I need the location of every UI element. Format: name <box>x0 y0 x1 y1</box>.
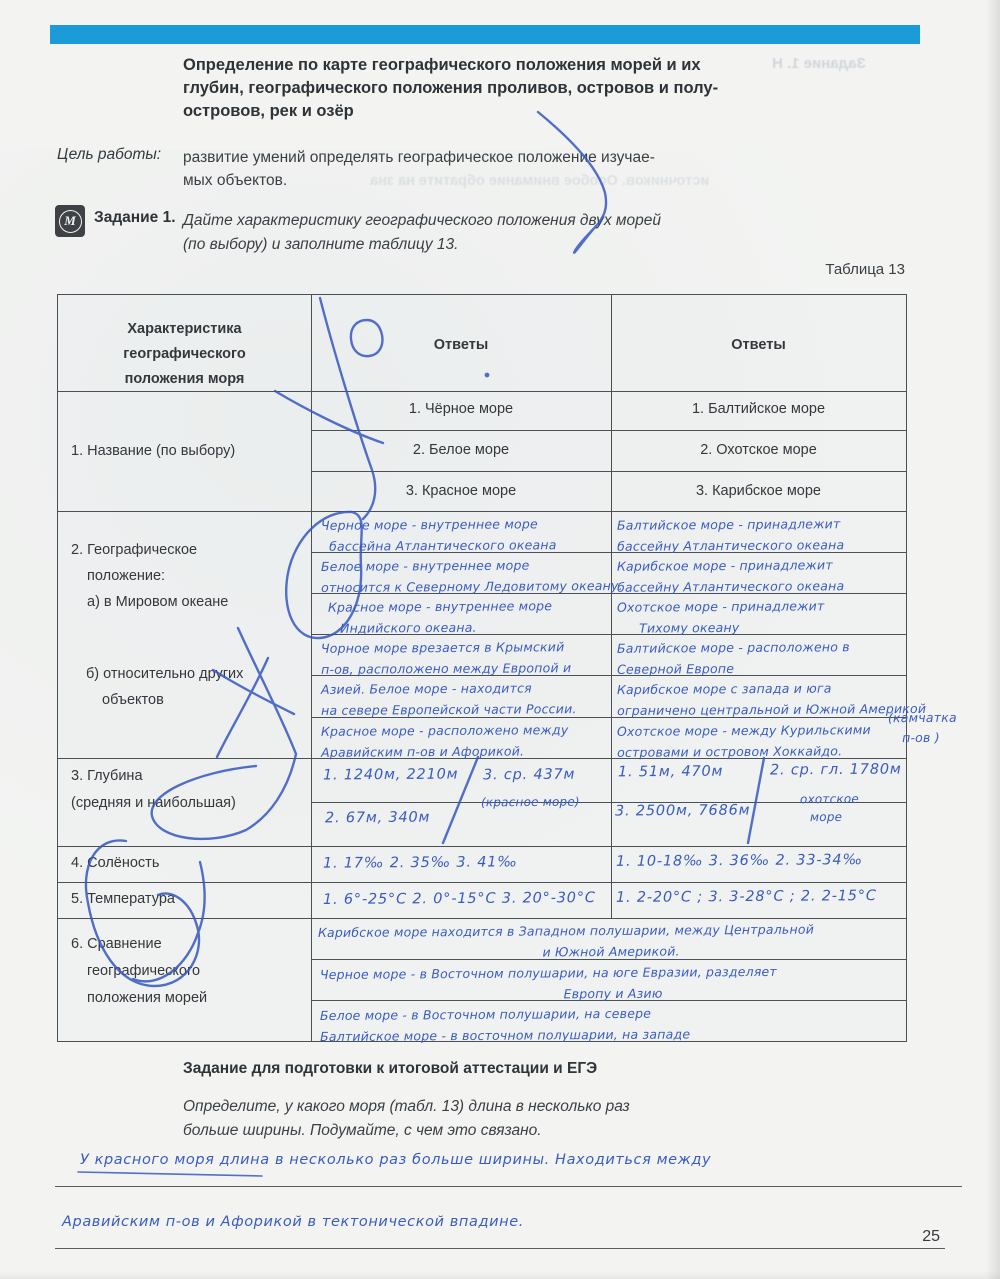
title-line-1: Определение по карте географического пол… <box>183 54 823 77</box>
scan-edge <box>986 0 1000 1279</box>
row4-label: 4. Солёность <box>71 855 159 871</box>
m-badge-icon: М <box>59 210 82 233</box>
hw-temperature-right: 1. 2-20°C ; 3. 3-28°C ; 2. 2-15°C <box>616 886 877 909</box>
hw-row2b-right-1: Балтийское море - расположено в Северной… <box>617 636 850 680</box>
hw-line: Балтийское море - в восточном полушарии,… <box>320 1022 906 1047</box>
hw-exam-answer-line-2: Аравийским п-ов и Афорикой в тектоническ… <box>62 1214 524 1230</box>
header-col1-line1: Характеристика <box>58 317 311 342</box>
hw-line: ограничено центральной и Южной Америкой <box>617 698 926 721</box>
hw-row2a-right-1: Балтийское море - принадлежит бассейну А… <box>617 513 845 557</box>
hw-temperature-left: 1. 6°-25°C 2. 0°-15°C 3. 20°-30°C <box>323 888 596 911</box>
hw-underline <box>78 1172 262 1176</box>
table-divider-col2 <box>611 295 612 918</box>
hw-row6-entry-3: Белое море - в Восточном полушарии, на с… <box>320 1001 906 1047</box>
hw-line: на севере Европейской части России. <box>321 698 577 721</box>
workbook-page: { "page_number": "25", "colors": { "acce… <box>0 0 1000 1279</box>
row3-label: 3. Глубина (средняя и наибольшая) <box>71 763 236 817</box>
goal-text-line-1: развитие умений определять географическо… <box>183 146 783 169</box>
page-number: 25 <box>880 1228 940 1246</box>
task1-text: Дайте характеристику географического пол… <box>183 209 773 257</box>
row6-label: 6. Сравнение географического положения м… <box>71 931 207 1012</box>
task1-text-line-1: Дайте характеристику географического пол… <box>183 209 773 233</box>
hw-depth-right-top: 1. 51м, 470м <box>618 762 723 784</box>
row1-left-1: 1. Чёрное море <box>311 401 611 417</box>
table-line <box>58 882 906 883</box>
page-title: Определение по карте географического пол… <box>183 54 823 123</box>
hw-line: Охотское море - между Курильскими <box>617 719 871 742</box>
hw-row2a-right-2: Карибское море - принадлежит бассейну Ат… <box>617 554 845 598</box>
hw-line: Карибское море - принадлежит <box>617 554 844 577</box>
hw-line: бассейну Атлантического океана <box>617 534 844 557</box>
hw-row6-entry-1: Карибское море находится в Западном полу… <box>318 918 904 964</box>
hw-row2b-right-2: Карибское море с запада и юга ограничено… <box>617 677 926 721</box>
hw-row2a-left-2: Белое море - внутреннее море относится к… <box>321 554 623 598</box>
title-line-3: островов, рек и озёр <box>183 100 823 123</box>
row1-left-3: 3. Красное море <box>311 483 611 499</box>
hw-depth-left-note2: (красное море) <box>481 792 580 814</box>
hw-line: Балтийское море - принадлежит <box>617 513 844 536</box>
hw-line: Охотское море - принадлежит <box>617 595 825 617</box>
answer-rule-1 <box>55 1186 962 1187</box>
hw-depth-right-note3: море <box>810 807 842 828</box>
header-col3: Ответы <box>611 337 906 353</box>
hw-margin-note-kamchatka: (камчатка п-ов ) <box>888 708 957 748</box>
exam-prompt-line2: больше ширины. Подумайте, с чем это связ… <box>183 1119 763 1143</box>
exam-prompt: Определите, у какого моря (табл. 13) дли… <box>183 1095 763 1143</box>
row6-label-line1: 6. Сравнение <box>71 931 207 958</box>
row2-label-a: а) в Мировом океане <box>71 589 228 615</box>
row1-left-2: 2. Белое море <box>311 442 611 458</box>
hw-line: Северной Европе <box>617 657 850 680</box>
hw-line: Красное море - внутреннее море <box>328 595 552 618</box>
goal-label: Цель работы: <box>57 146 161 164</box>
scan-edge <box>0 1271 1000 1279</box>
hw-depth-right-note: 2. ср. гл. 1780м <box>770 760 902 782</box>
hw-line: относится к Северному Ледовитому океану. <box>321 575 623 598</box>
hw-line: Чорное море врезается в Крымский <box>321 636 571 659</box>
hw-row2b-right-3: Охотское море - между Курильскими остров… <box>617 719 871 763</box>
header-col1-line2: географического <box>58 342 311 367</box>
hw-depth-right-bottom: 3. 2500м, 7686м <box>615 801 750 823</box>
hw-row2b-left-1: Чорное море врезается в Крымский п-ов, р… <box>321 636 571 680</box>
row3-label-line2: (средняя и наибольшая) <box>71 790 236 817</box>
exam-prompt-line1: Определите, у какого моря (табл. 13) дли… <box>183 1095 763 1119</box>
header-col1-line3: положения моря <box>58 367 311 392</box>
title-line-2: глубин, географического положения пролив… <box>183 77 823 100</box>
row1-right-3: 3. Карибское море <box>611 483 906 499</box>
table-line <box>58 846 906 847</box>
hw-line: Индийского океана. <box>328 616 552 639</box>
row5-label: 5. Температура <box>71 891 175 907</box>
hw-line: Белое море - внутреннее море <box>321 554 623 577</box>
goal-text-line-2: мых объектов. <box>183 169 783 192</box>
row2-label-num: 2. Географическое <box>71 537 228 563</box>
task-badge: М <box>55 205 85 237</box>
table-line <box>58 511 906 512</box>
row2-label-b: б) относительно других объектов <box>86 661 243 713</box>
hw-row2b-left-2: Азией. Белое море - находится на севере … <box>321 677 577 721</box>
hw-row2b-left-3: Красное море - расположено между Аравийс… <box>321 719 569 763</box>
answer-rule-2 <box>55 1248 945 1249</box>
hw-row2a-left-1: Черное море - внутреннее море бассейна А… <box>321 513 557 557</box>
hw-line: бассейна Атлантического океана <box>321 534 557 557</box>
row2-label: 2. Географическое положение: а) в Мирово… <box>71 537 228 615</box>
row3-label-line1: 3. Глубина <box>71 763 236 790</box>
row1-right-1: 1. Балтийское море <box>611 401 906 417</box>
exam-heading: Задание для подготовки к итоговой аттест… <box>183 1060 597 1078</box>
hw-line: Тихому океану <box>617 616 825 638</box>
hw-depth-left-note: 3. ср. 437м <box>483 765 575 787</box>
header-col1: Характеристика географического положения… <box>58 317 311 392</box>
row1-right-2: 2. Охотское море <box>611 442 906 458</box>
hw-line: Азией. Белое море - находится <box>321 677 577 700</box>
goal-text: развитие умений определять географическо… <box>183 146 783 192</box>
row2-label-b1: б) относительно других <box>86 661 243 687</box>
row6-label-line3: положения морей <box>71 985 207 1012</box>
hw-line: Черное море - внутреннее море <box>321 513 557 536</box>
hw-line: Красное море - расположено между <box>321 719 569 742</box>
hw-depth-left-top: 1. 1240м, 2210м <box>323 765 458 787</box>
hw-line: п-ов ) <box>888 728 957 748</box>
hw-line: Карибское море с запада и юга <box>617 677 926 700</box>
table-caption: Таблица 13 <box>805 261 905 278</box>
hw-depth-left-bottom: 2. 67м, 340м <box>325 808 430 830</box>
row2-label-b2: объектов <box>86 687 243 713</box>
table-subline <box>311 430 906 431</box>
hw-row2a-left-3: Красное море - внутреннее море Индийског… <box>328 595 553 639</box>
hw-exam-answer-line-1: У красного моря длина в несколько раз бо… <box>80 1152 711 1168</box>
hw-row2a-right-3: Охотское море - принадлежит Тихому океан… <box>617 595 825 638</box>
row1-label: 1. Название (по выбору) <box>71 443 235 459</box>
hw-row6-entry-2: Черное море - в Восточном полушарии, на … <box>320 960 906 1006</box>
task1-text-line-2: (по выбору) и заполните таблицу 13. <box>183 233 773 257</box>
header-col2: Ответы <box>311 337 611 353</box>
table-13: Характеристика географического положения… <box>57 294 907 1042</box>
row6-label-line2: географического <box>71 958 207 985</box>
hw-salinity-left: 1. 17‰ 2. 35‰ 3. 41‰ <box>323 852 518 874</box>
row2-label-num2: положение: <box>71 563 228 589</box>
hw-salinity-right: 1. 10-18‰ 3. 36‰ 2. 33-34‰ <box>616 850 863 873</box>
accent-bar <box>50 25 920 44</box>
hw-line: (камчатка <box>888 708 957 728</box>
hw-line: Балтийское море - расположено в <box>617 636 850 659</box>
hw-line: Аравийским п-ов и Афорикой. <box>321 740 569 763</box>
task1-label: Задание 1. <box>94 209 176 227</box>
table-subline <box>311 471 906 472</box>
